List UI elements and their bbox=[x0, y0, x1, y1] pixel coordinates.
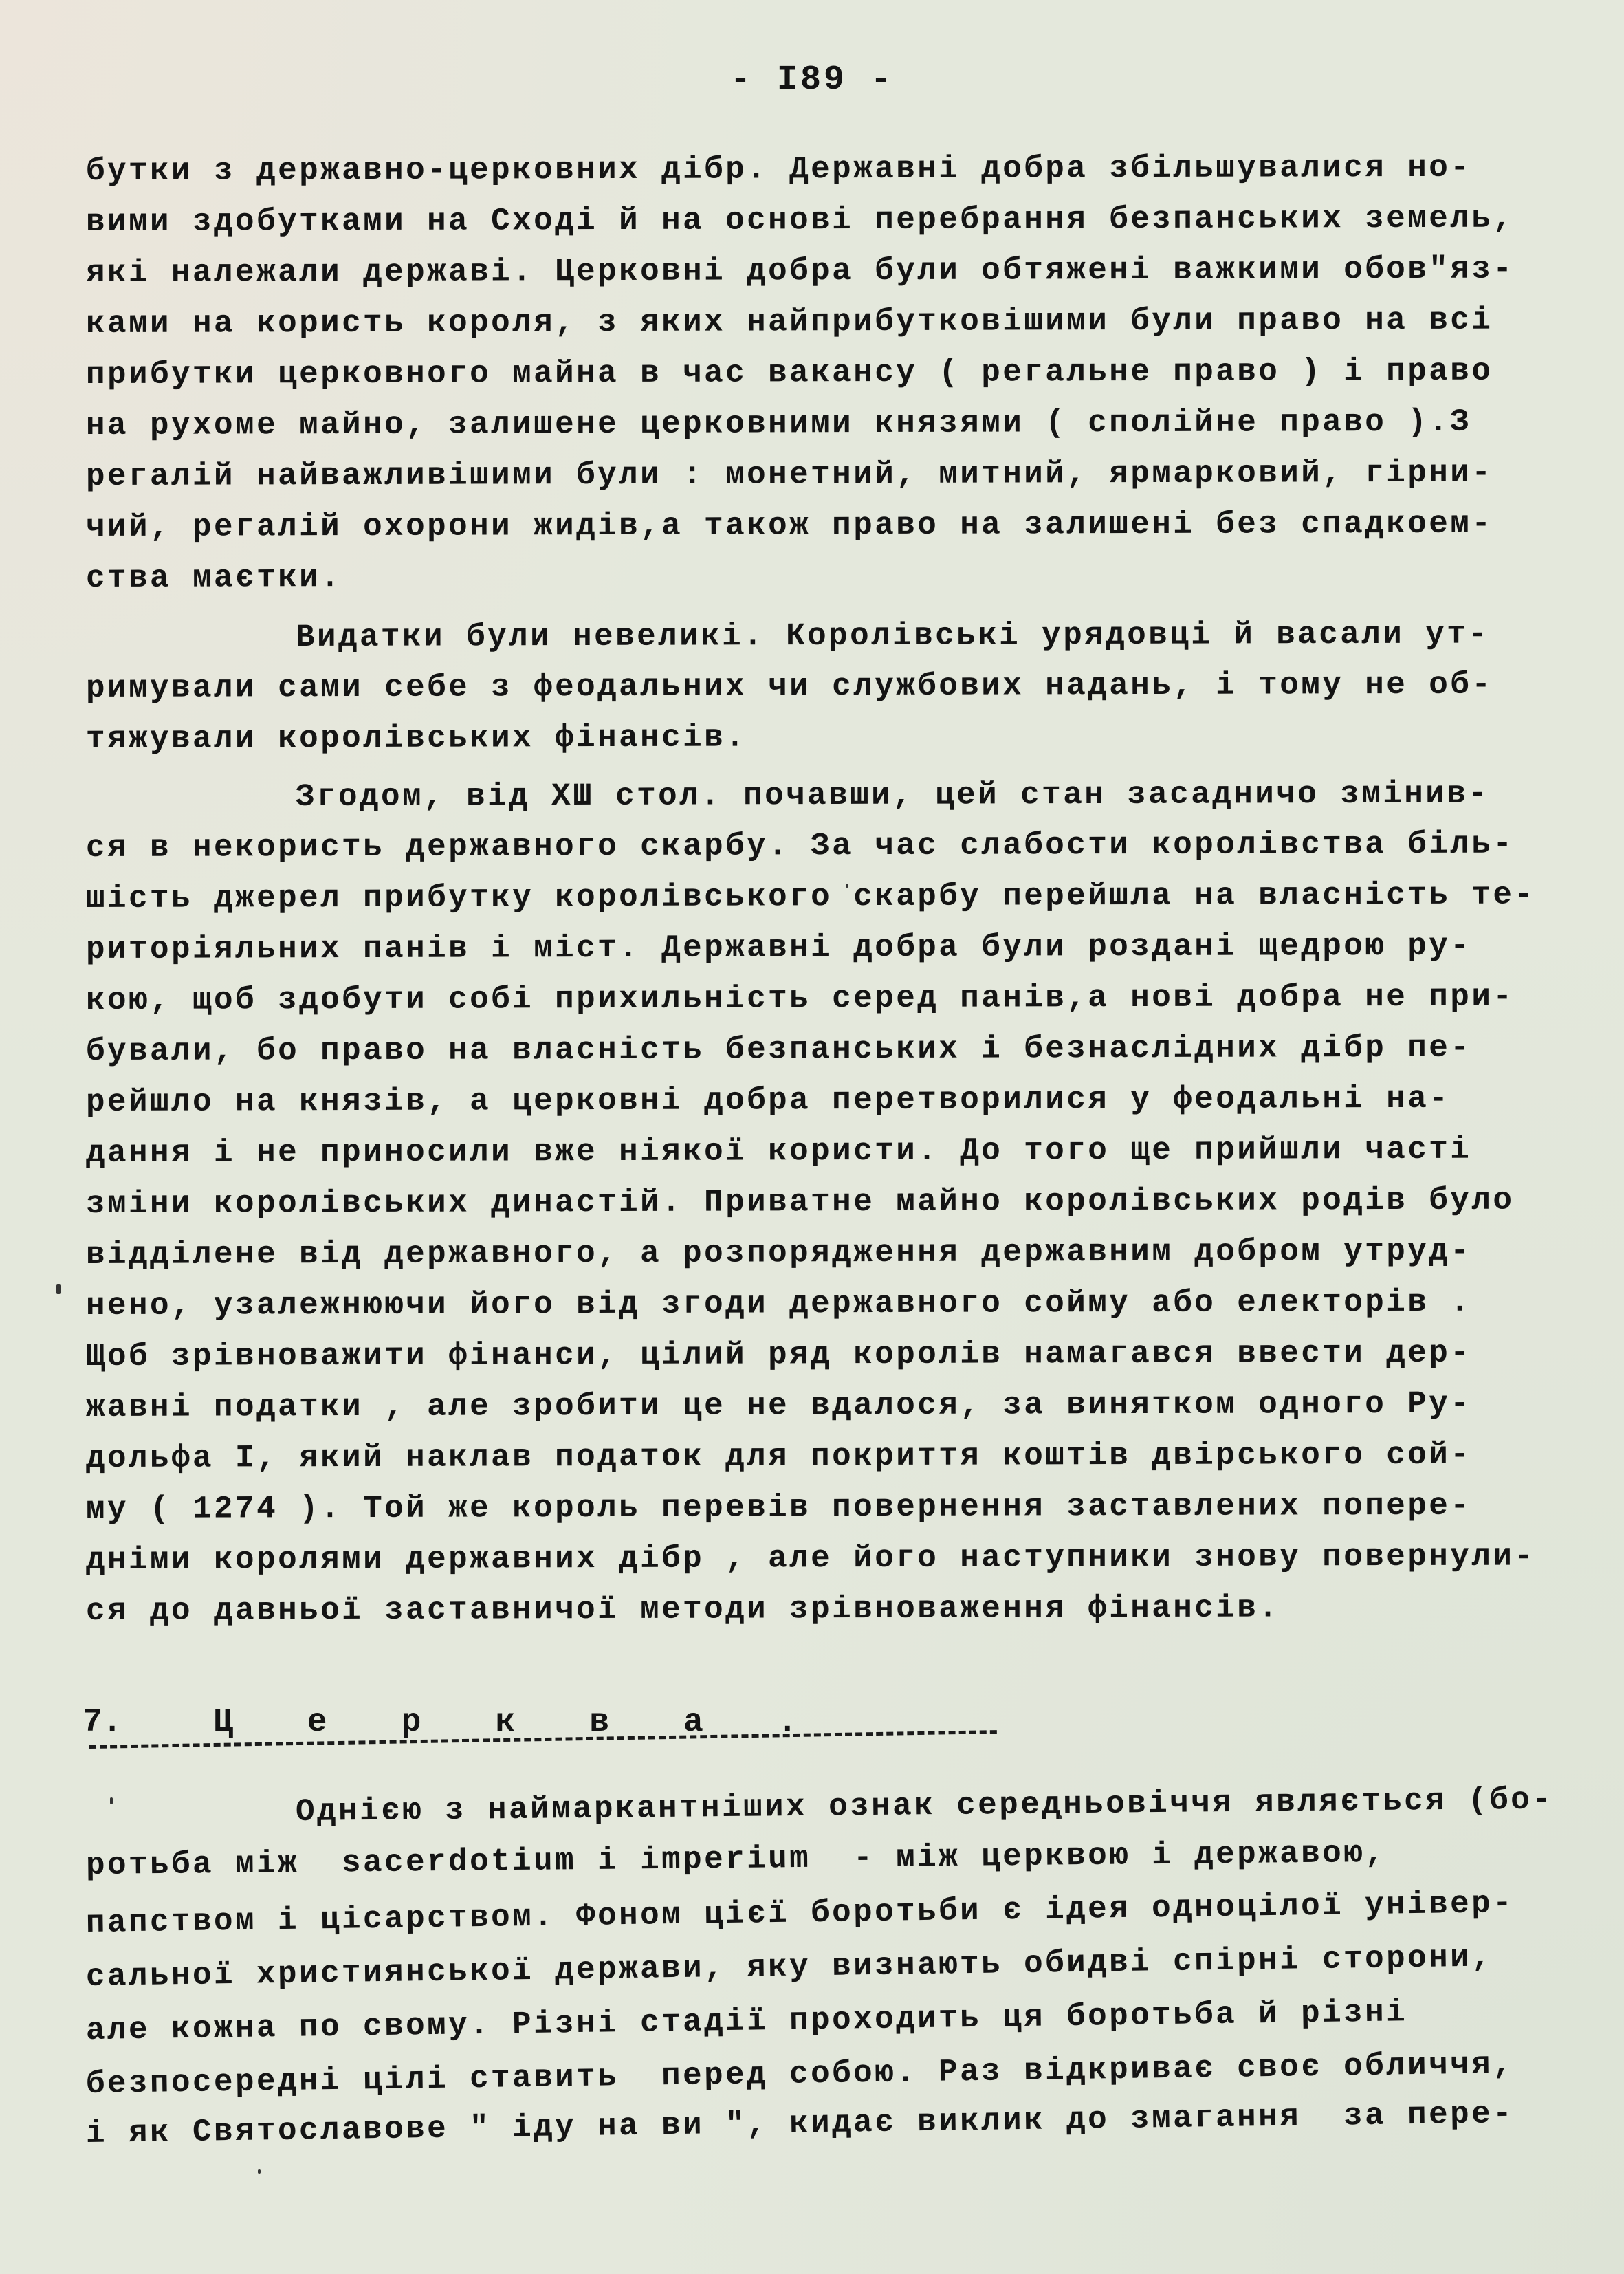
text-line: бутки з державно-церковних дібр. Державн… bbox=[86, 152, 1471, 187]
section-number: 7. bbox=[83, 1704, 213, 1741]
ink-speck bbox=[1059, 1815, 1062, 1819]
text-line: римували сами себе з феодальних чи служб… bbox=[86, 669, 1493, 704]
text-line: тяжували королівських фінансів. bbox=[86, 721, 747, 755]
text-line: му ( 1274 ). Той же король перевів повер… bbox=[86, 1490, 1471, 1525]
text-line: рейшло на князів, а церковні добра перет… bbox=[86, 1083, 1450, 1118]
text-line: риторіяльних панів і міст. Державні добр… bbox=[86, 930, 1471, 965]
text-line: які належали державі. Церковні добра бул… bbox=[86, 254, 1514, 289]
text-line: шість джерел прибутку королівського скар… bbox=[86, 879, 1535, 915]
text-line: сальної християнської держави, яку визна… bbox=[86, 1941, 1493, 1993]
text-line: і як Святославове " іду на ви ", кидає в… bbox=[86, 2098, 1515, 2150]
page-number: - I89 - bbox=[0, 61, 1624, 100]
ink-speck bbox=[110, 1797, 113, 1804]
text-line: Видатки були невеликі. Королівські урядо… bbox=[296, 618, 1489, 653]
text-line: бували, бо право на власність безпанськи… bbox=[86, 1032, 1471, 1067]
ink-speck bbox=[56, 1284, 61, 1294]
text-line: відділене від державного, а розпорядженн… bbox=[86, 1236, 1471, 1271]
ink-speck bbox=[258, 2169, 261, 2174]
text-line: Згодом, від ХШ стол. почавши, цей стан з… bbox=[296, 778, 1489, 813]
text-line: дольфа I, який наклав податок для покрит… bbox=[86, 1439, 1471, 1474]
text-line: ся в некористь державного скарбу. За час… bbox=[86, 829, 1514, 864]
text-line: нено, узалежнюючи його від згоди державн… bbox=[86, 1287, 1471, 1322]
typewritten-page: - I89 - бутки з державно-церковних дібр.… bbox=[0, 0, 1624, 2274]
text-line: регалій найважливішими були : монетний, … bbox=[86, 457, 1493, 492]
text-line: папством і цісарством. Фоном цієї бороть… bbox=[86, 1888, 1515, 1939]
text-line: ся до давньої заставничої методи зрівнов… bbox=[86, 1592, 1280, 1627]
ink-speck bbox=[846, 884, 848, 888]
text-line: чий, регалій охорони жидів,а також право… bbox=[86, 508, 1493, 543]
text-line: Щоб зрівноважити фінанси, цілий ряд коро… bbox=[86, 1337, 1471, 1373]
text-line: дання і не приносили вже ніякої користи.… bbox=[86, 1134, 1471, 1169]
text-line: ства маєтки. bbox=[86, 562, 342, 594]
text-line: на рухоме майно, залишене церковними кня… bbox=[86, 406, 1471, 441]
text-line: ротьба між sacerdotium і imperium - між … bbox=[86, 1837, 1387, 1881]
text-line: дніми королями державних дібр , але його… bbox=[86, 1540, 1535, 1576]
text-line: кою, щоб здобути собі прихильність серед… bbox=[86, 981, 1514, 1016]
text-line: але кожна по свому. Різні стадії проходи… bbox=[86, 1996, 1408, 2046]
text-line: ками на користь короля, з яких найприбут… bbox=[86, 305, 1493, 340]
text-line: зміни королівських династій. Приватне ма… bbox=[86, 1185, 1514, 1220]
text-line: вими здобутками на Сході й на основі пер… bbox=[86, 203, 1514, 238]
text-line: прибутки церковного майна в час вакансу … bbox=[86, 356, 1493, 391]
text-line: жавні податки , але зробити це не вдалос… bbox=[86, 1388, 1471, 1423]
text-line: Однією з наймаркантніших ознак середньов… bbox=[296, 1784, 1554, 1828]
text-line: безпосередні цілі ставить перед собою. Р… bbox=[86, 2048, 1515, 2100]
